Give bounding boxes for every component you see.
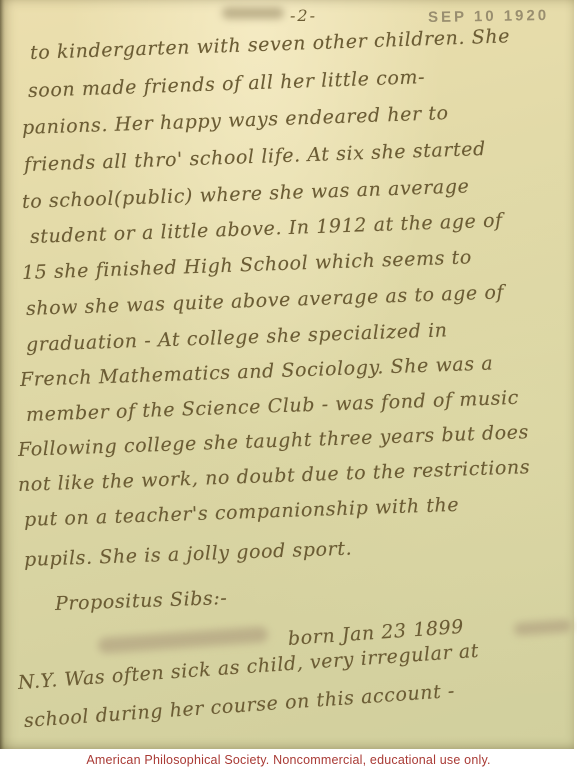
date-stamp: SEP 10 1920: [428, 7, 549, 26]
page-edge-shadow: [0, 0, 5, 749]
handwritten-line: member of the Science Club - was fond of…: [26, 387, 520, 426]
archive-caption-strip: American Philosophical Society. Noncomme…: [0, 749, 577, 770]
handwritten-line: put on a teacher's companionship with th…: [24, 494, 460, 531]
scanned-document-photo: -2- SEP 10 1920 to kindergarten with sev…: [0, 0, 577, 770]
handwritten-line: to school(public) where she was an avera…: [22, 175, 470, 213]
handwritten-line: friends all thro' school life. At six sh…: [24, 138, 487, 176]
page-number: -2-: [290, 6, 317, 25]
handwritten-line: soon made friends of all her little com-: [28, 66, 426, 102]
handwritten-line: 15 she finished High School which seems …: [22, 246, 473, 284]
handwritten-line: French Mathematics and Sociology. She wa…: [20, 352, 494, 391]
handwritten-line: student or a little above. In 1912 at th…: [30, 209, 504, 247]
handwritten-line: panions. Her happy ways endeared her to: [22, 102, 449, 139]
redaction-smudge-header: [222, 7, 284, 19]
handwritten-line: show she was quite above average as to a…: [26, 281, 505, 320]
archive-caption-text: American Philosophical Society. Noncomme…: [86, 753, 490, 767]
redaction-smudge-after-date: [514, 619, 573, 636]
handwritten-line: Following college she taught three years…: [18, 421, 530, 461]
handwritten-line: graduation - At college she specialized …: [26, 319, 448, 356]
handwritten-line: to kindergarten with seven other childre…: [30, 25, 511, 64]
handwritten-line: not like the work, no doubt due to the r…: [18, 456, 531, 496]
handwritten-line: pupils. She is a jolly good sport.: [24, 538, 353, 571]
handwritten-line-propositus-sibs: Propositus Sibs:-: [55, 587, 228, 615]
redaction-smudge-sibling-name: [98, 626, 269, 654]
manuscript-page: -2- SEP 10 1920 to kindergarten with sev…: [0, 0, 574, 749]
